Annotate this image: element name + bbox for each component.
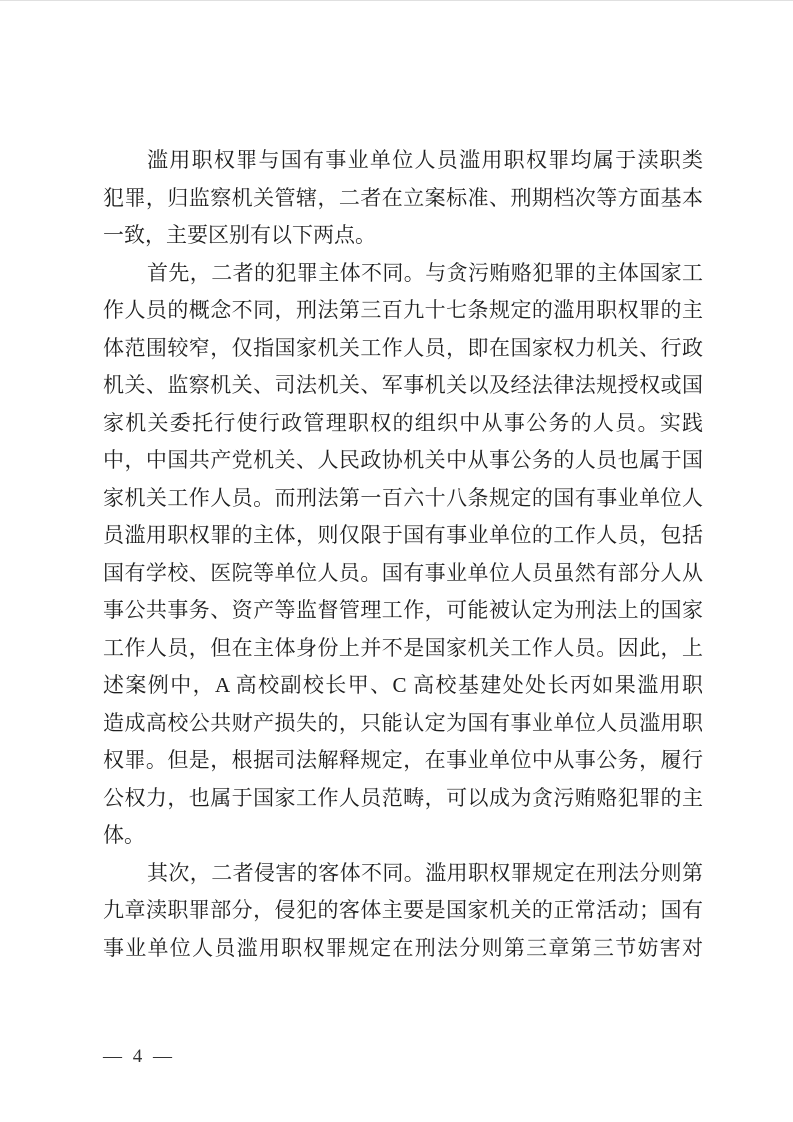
text-line: 一致，主要区别有以下两点。 [103, 217, 703, 255]
page-number: — 4 — [103, 1046, 175, 1067]
text-line: 机关、监察机关、司法机关、军事机关以及经法律法规授权或国 [103, 367, 703, 405]
page-footer: — 4 — [103, 1044, 175, 1070]
text-line: 家机关工作人员。而刑法第一百六十八条规定的国有事业单位人 [103, 480, 703, 518]
text-line: 九章渎职罪部分，侵犯的客体主要是国家机关的正常活动；国有 [103, 892, 703, 930]
text-line: 公权力，也属于国家工作人员范畴，可以成为贪污贿赂犯罪的主 [103, 780, 703, 818]
text-line: 述案例中，A 高校副校长甲、C 高校基建处处长丙如果滥用职权， [103, 667, 703, 705]
text-line: 事业单位人员滥用职权罪规定在刑法分则第三章第三节妨害对 [103, 930, 703, 968]
document-page: 滥用职权罪与国有事业单位人员滥用职权罪均属于渎职类犯罪，归监察机关管辖，二者在立… [0, 0, 793, 1122]
text-line: 权罪。但是，根据司法解释规定，在事业单位中从事公务，履行 [103, 742, 703, 780]
text-line: 作人员的概念不同，刑法第三百九十七条规定的滥用职权罪的主 [103, 292, 703, 330]
text-line: 中，中国共产党机关、人民政协机关中从事公务的人员也属于国 [103, 442, 703, 480]
scan-edge-artifact [0, 0, 793, 1]
text-line: 造成高校公共财产损失的，只能认定为国有事业单位人员滥用职 [103, 705, 703, 743]
text-line: 国有学校、医院等单位人员。国有事业单位人员虽然有部分人从 [103, 555, 703, 593]
text-line: 体。 [103, 817, 703, 855]
text-line: 员滥用职权罪的主体，则仅限于国有事业单位的工作人员，包括 [103, 517, 703, 555]
text-line: 其次，二者侵害的客体不同。滥用职权罪规定在刑法分则第 [103, 855, 703, 893]
document-body: 滥用职权罪与国有事业单位人员滥用职权罪均属于渎职类犯罪，归监察机关管辖，二者在立… [103, 142, 703, 967]
text-line: 事公共事务、资产等监督管理工作，可能被认定为刑法上的国家 [103, 592, 703, 630]
text-line: 工作人员，但在主体身份上并不是国家机关工作人员。因此，上 [103, 630, 703, 668]
text-line: 体范围较窄，仅指国家机关工作人员，即在国家权力机关、行政 [103, 330, 703, 368]
text-line: 首先，二者的犯罪主体不同。与贪污贿赂犯罪的主体国家工 [103, 255, 703, 293]
text-line: 家机关委托行使行政管理职权的组织中从事公务的人员。实践 [103, 405, 703, 443]
text-line: 犯罪，归监察机关管辖，二者在立案标准、刑期档次等方面基本 [103, 180, 703, 218]
text-line: 滥用职权罪与国有事业单位人员滥用职权罪均属于渎职类 [103, 142, 703, 180]
